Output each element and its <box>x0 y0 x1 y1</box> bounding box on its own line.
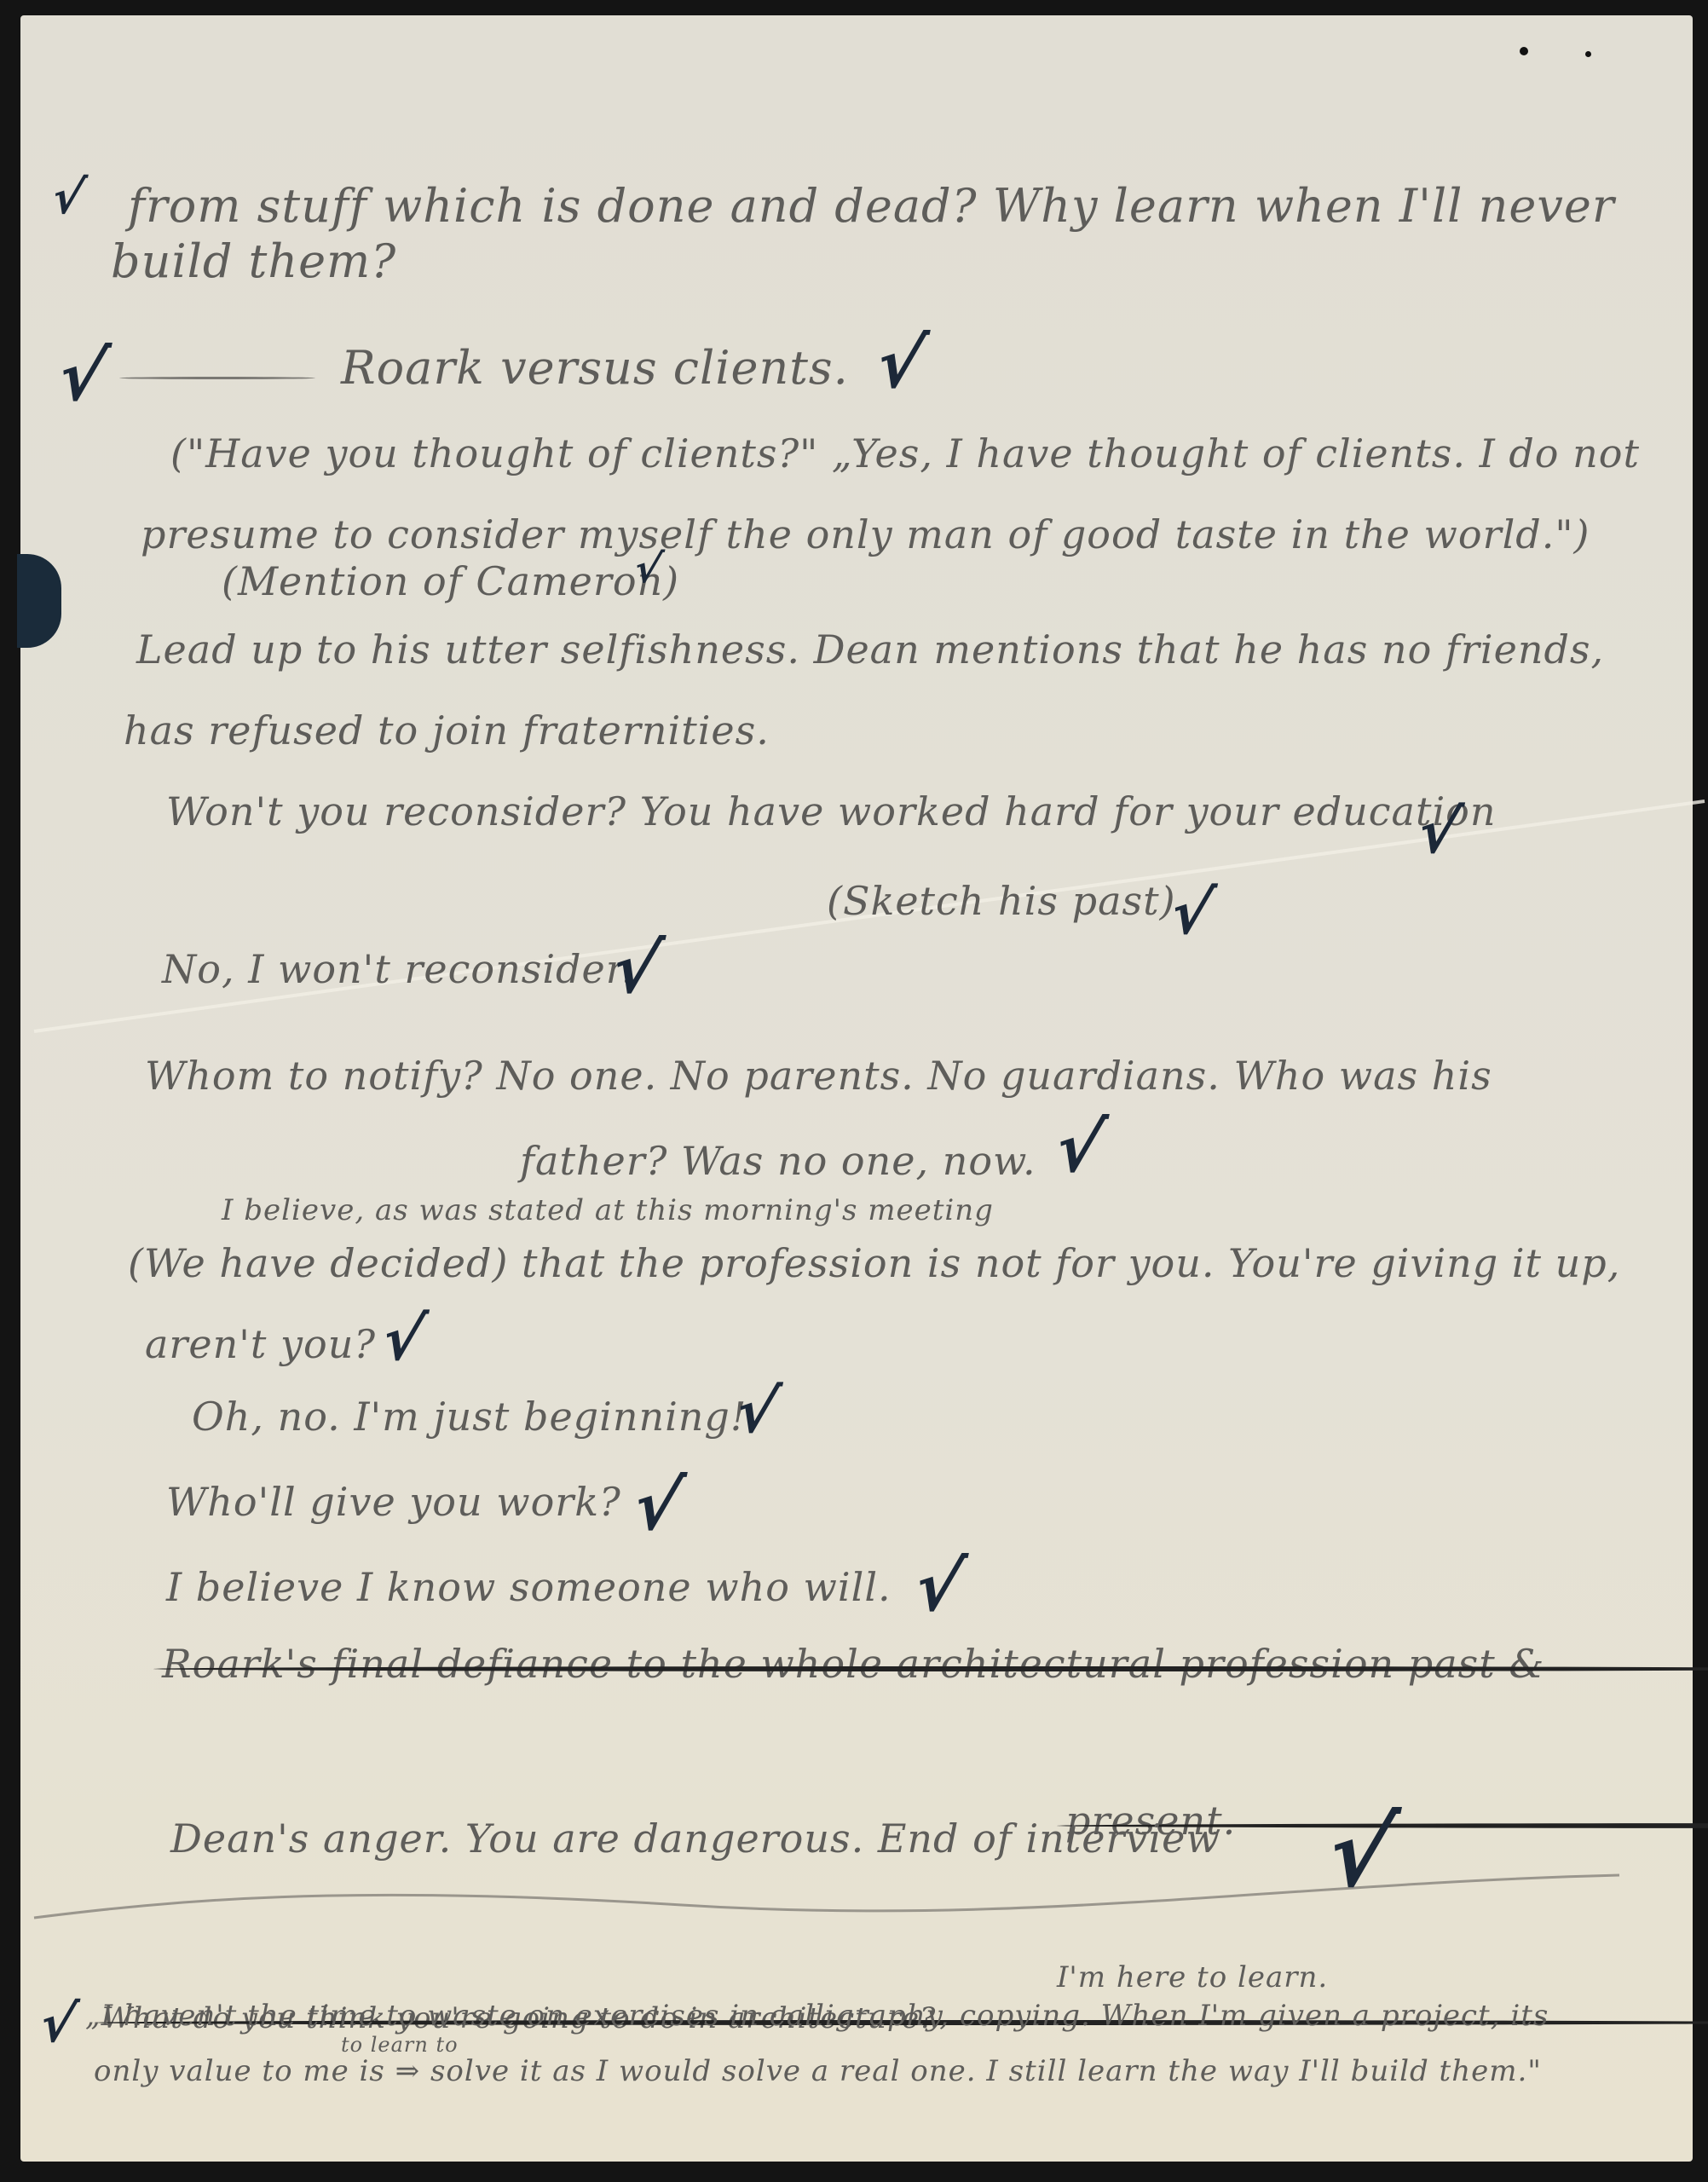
insertion-line: I'm here to learn. <box>1057 1960 1328 1994</box>
manuscript-line: Lead up to his utter selfishness. Dean m… <box>136 626 1604 672</box>
manuscript-line: I believe I know someone who will. <box>166 1564 892 1610</box>
manuscript-line: Won't you reconsider? You have worked ha… <box>166 788 1497 834</box>
binder-tab-mark <box>17 554 61 648</box>
manuscript-line: (Mention of Cameron) <box>222 558 679 604</box>
ink-spot <box>1585 51 1591 57</box>
insertion-line: to learn to <box>341 2033 459 2057</box>
manuscript-line: has refused to join fraternities. <box>124 707 770 753</box>
manuscript-line: aren't you? <box>145 1321 376 1367</box>
manuscript-line: „I haven't the time to waste on exercise… <box>85 1999 1549 2033</box>
manuscript-line: (We have decided) that the profession is… <box>128 1240 1620 1286</box>
manuscript-line: only value to me is ⇒ solve it as I woul… <box>94 2054 1542 2088</box>
heading-dash <box>119 377 315 379</box>
manuscript-line: No, I won't reconsider. <box>162 946 634 992</box>
struck-line: Roark's final defiance to the whole arch… <box>162 1641 1708 1687</box>
manuscript-line: Whom to notify? No one. No parents. No g… <box>145 1053 1492 1099</box>
section-heading: Roark versus clients. <box>341 341 849 395</box>
manuscript-line: presume to consider myself the only man … <box>141 511 1590 557</box>
manuscript-line: (Sketch his past) <box>827 878 1176 924</box>
manuscript-line: Dean's anger. You are dangerous. End of … <box>170 1815 1220 1862</box>
ink-spot <box>1520 47 1528 55</box>
manuscript-line: build them? <box>111 234 396 288</box>
manuscript-line: father? Was no one, now. <box>520 1138 1036 1184</box>
manuscript-line: Who'll give you work? <box>166 1479 621 1525</box>
manuscript-line: from stuff which is done and dead? Why l… <box>128 179 1615 233</box>
insertion-line: I believe, as was stated at this morning… <box>222 1193 994 1227</box>
manuscript-line: Oh, no. I'm just beginning! <box>192 1394 747 1440</box>
manuscript-line: ("Have you thought of clients?" „Yes, I … <box>170 430 1640 476</box>
